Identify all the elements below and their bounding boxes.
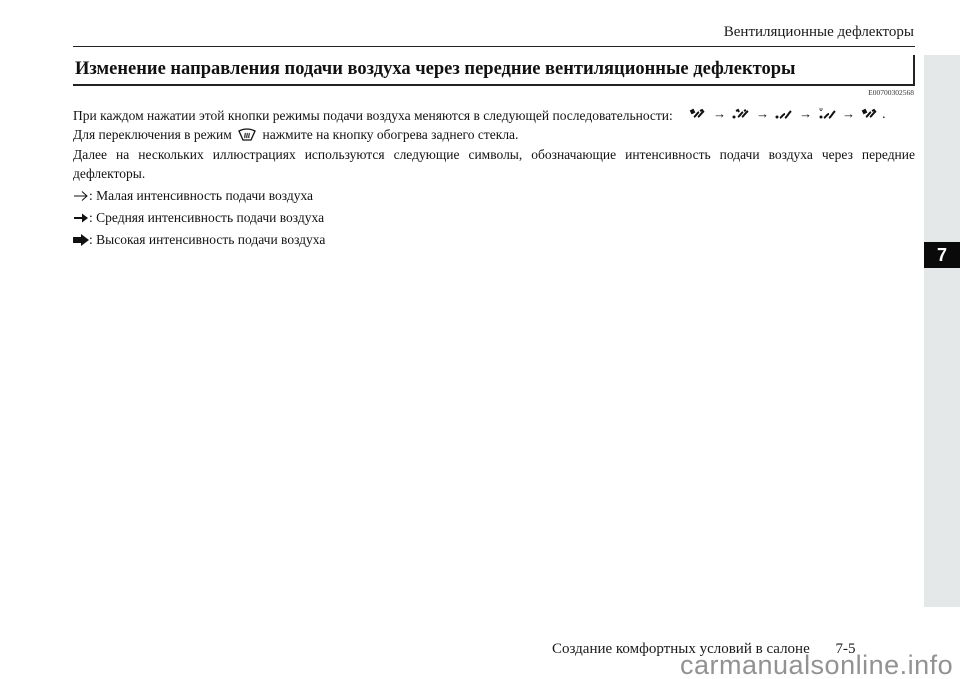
body-text: При каждом нажатии этой кнопки режимы по… — [73, 104, 915, 250]
paragraph-mode-sequence: При каждом нажатии этой кнопки режимы по… — [73, 104, 915, 125]
paragraph-symbols: Далее на нескольких иллюстрациях использ… — [73, 145, 915, 184]
sequence-end: . — [882, 104, 885, 124]
paragraph-text: Для переключения в режим — [73, 127, 232, 142]
foot-defrost-icon — [818, 108, 836, 120]
legend-text: : Высокая интенсивность подачи воздуха — [89, 230, 325, 250]
section-heading-box: Изменение направления подачи воздуха чер… — [73, 55, 915, 86]
face-vent-icon — [689, 108, 707, 120]
legend-text: : Малая интенсивность подачи воздуха — [89, 186, 313, 206]
legend-item-medium: : Средняя интенсивность подачи воздуха — [73, 208, 915, 228]
header-rule — [73, 46, 915, 47]
chapter-tab[interactable]: 7 — [924, 242, 960, 268]
sequence-arrow: → — [756, 104, 769, 124]
thin-arrow-icon — [73, 190, 89, 202]
watermark: carmanualsonline.info — [680, 650, 953, 679]
sequence-arrow: → — [799, 104, 812, 124]
mode-sequence: → → → → . — [686, 104, 885, 124]
document-code: E00700302568 — [868, 88, 914, 97]
face-vent-icon — [861, 108, 879, 120]
legend-text: : Средняя интенсивность подачи воздуха — [89, 208, 324, 228]
medium-arrow-icon — [73, 212, 89, 224]
paragraph-text: нажмите на кнопку обогрева заднего стекл… — [263, 127, 519, 142]
foot-icon — [775, 108, 793, 120]
sequence-arrow: → — [713, 104, 726, 124]
legend-item-low: : Малая интенсивность подачи воздуха — [73, 186, 915, 206]
sequence-arrow: → — [842, 104, 855, 124]
paragraph-defrost: Для переключения в режим нажмите на кноп… — [73, 125, 915, 145]
bi-level-icon — [732, 108, 750, 120]
section-title: Изменение направления подачи воздуха чер… — [75, 59, 795, 80]
chapter-sidebar — [924, 55, 960, 607]
windshield-defrost-icon — [237, 128, 257, 141]
legend-item-high: : Высокая интенсивность подачи воздуха — [73, 230, 915, 250]
paragraph-text: При каждом нажатии этой кнопки режимы по… — [73, 108, 673, 123]
running-header-title: Вентиляционные дефлекторы — [724, 24, 914, 41]
thick-arrow-icon — [73, 234, 89, 246]
